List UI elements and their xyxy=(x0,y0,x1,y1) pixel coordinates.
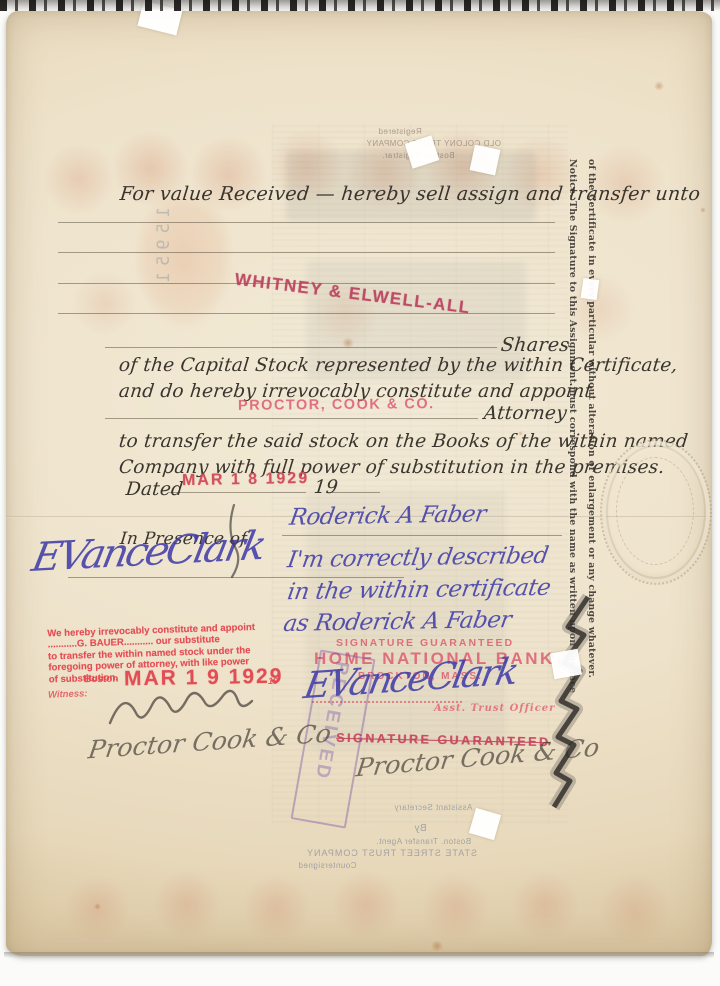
pencil-firm-signature-left: Proctor Cook & Co xyxy=(86,719,333,765)
dated-label: Dated xyxy=(125,479,184,500)
shares-label: Shares xyxy=(500,334,571,356)
bleedthrough-transfer-agent: Boston. Transfer Agent. xyxy=(376,837,471,846)
opening-rest-text: hereby sell assign and transfer unto xyxy=(340,183,701,205)
stock-certificate-back-scan: Registered OLD COLONY TRUST COMPANY Bost… xyxy=(0,0,720,986)
owner-signature-line xyxy=(282,535,562,536)
witness-label: Witness: xyxy=(48,688,88,700)
handwritten-note-line2: in the within certificate xyxy=(286,575,553,606)
bleedthrough-certificate-number: 15951 xyxy=(154,207,174,347)
scanner-edge-top xyxy=(0,0,720,11)
year-blank: 19 xyxy=(313,477,339,498)
year-19-label: 19 xyxy=(268,676,278,686)
embossed-seal-inner-ring xyxy=(616,457,694,565)
shares-line xyxy=(105,347,497,348)
foxing-spot xyxy=(342,337,354,349)
pencil-scrawl-left xyxy=(110,691,252,723)
writing-line xyxy=(58,252,555,253)
bleedthrough-ornate-border-bottom xyxy=(46,869,686,957)
foxing-spot xyxy=(518,431,523,436)
opening-text: For value Received xyxy=(119,183,311,205)
opening-phrase: For value Received — hereby sell assign … xyxy=(119,183,702,205)
dated-mar18-stamp: MAR 1 8 1929 xyxy=(182,470,309,490)
embossed-seal xyxy=(600,439,712,585)
proctor-cook-stamp: PROCTOR, COOK & CO. xyxy=(238,396,435,414)
bleedthrough-assistant-secretary: Assistant Secretary xyxy=(394,803,472,812)
tape-patch-top-center-2 xyxy=(470,145,501,176)
margin-notice-line2: of the Certificate in every particular w… xyxy=(586,159,597,678)
transfer-line: to transfer the said stock on the Books … xyxy=(118,431,689,452)
bleedthrough-state-street: STATE STREET TRUST COMPANY xyxy=(306,848,477,858)
foxing-spot xyxy=(654,81,664,91)
asst-trust-officer-label: Asst. Trust Officer xyxy=(434,703,555,714)
attorney-line xyxy=(105,418,478,419)
foxing-spot xyxy=(700,207,706,213)
handwritten-note-line3: as Roderick A Faber xyxy=(282,607,513,637)
owner-signature: Roderick A Faber xyxy=(288,501,488,530)
dated-mar19-stamp: MAR 1 9 1929 xyxy=(124,665,284,692)
tape-patch-bottom xyxy=(469,808,501,840)
tape-patch-smear xyxy=(550,649,582,679)
handwritten-note-line1: I'm correctly described xyxy=(286,543,550,574)
bleedthrough-registered-line: Registered xyxy=(378,127,422,136)
writing-line xyxy=(58,313,555,314)
foxing-spot xyxy=(430,941,444,951)
margin-notice-line1: Notice. The Signature to this Assignment… xyxy=(567,159,578,693)
attorney-label: Attorney xyxy=(483,403,568,424)
boston-label: Boston xyxy=(84,674,119,686)
tape-patch-notice xyxy=(581,278,600,300)
writing-line xyxy=(58,222,555,223)
signature-guaranteed-header: SIGNATURE GUARANTEED xyxy=(336,637,514,649)
year-line xyxy=(332,492,380,493)
certificate-paper: Registered OLD COLONY TRUST COMPANY Bost… xyxy=(6,11,712,956)
foxing-spot xyxy=(94,903,101,910)
witness-signature: EVanceClark xyxy=(28,523,267,581)
whitney-elwell-stamp: WHITNEY & ELWELL-ALL xyxy=(234,270,472,319)
bleedthrough-by-line: By xyxy=(414,823,427,834)
dated-line xyxy=(168,492,306,493)
scanner-edge-bottom xyxy=(4,952,714,958)
bleedthrough-countersigned: Countersigned xyxy=(298,861,357,870)
